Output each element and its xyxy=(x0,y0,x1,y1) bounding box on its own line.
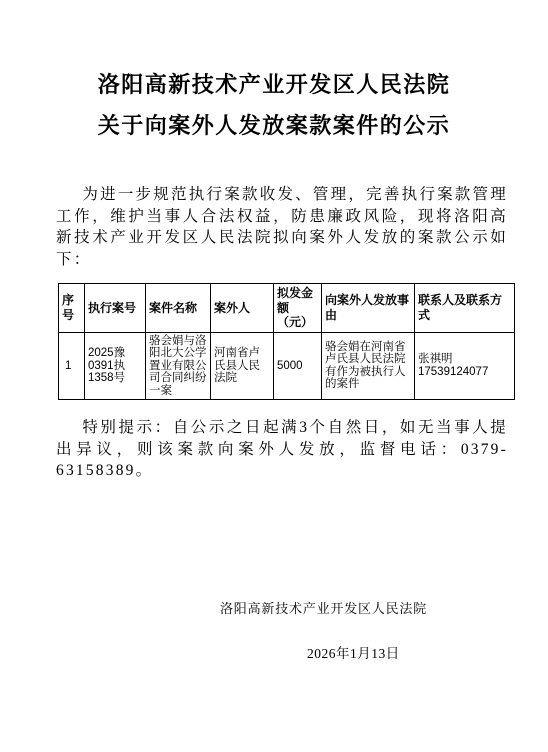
header-case-name: 案件名称 xyxy=(146,284,211,333)
table-header-row: 序号 执行案号 案件名称 案外人 拟发金额（元） 向案外人发放事由 联系人及联系… xyxy=(59,284,515,333)
header-contact: 联系人及联系方式 xyxy=(415,284,515,333)
document-title-line2: 关于向案外人发放案款案件的公示 xyxy=(0,112,548,140)
cell-reason: 骆会娟在河南省卢氏县人民法院有作为被执行人的案件 xyxy=(322,332,415,400)
header-seq: 序号 xyxy=(59,284,85,333)
contact-phone: 17539124077 xyxy=(418,366,511,379)
header-outsider: 案外人 xyxy=(211,284,274,333)
document-page: 洛阳高新技术产业开发区人民法院 关于向案外人发放案款案件的公示 为进一步规范执行… xyxy=(0,0,548,752)
document-title-line1: 洛阳高新技术产业开发区人民法院 xyxy=(0,0,548,99)
cell-case-name: 骆会娟与洛阳北大公学置业有限公司合同纠纷一案 xyxy=(146,332,211,400)
special-notice-paragraph: 特别提示：自公示之日起满3个自然日，如无当事人提出异议，则该案款向案外人发放，监… xyxy=(56,417,508,482)
signature-date: 2026年1月13日 xyxy=(307,645,548,663)
contact-name: 张祺明 xyxy=(418,353,511,366)
header-case-no: 执行案号 xyxy=(85,284,146,333)
case-distribution-table: 序号 执行案号 案件名称 案外人 拟发金额（元） 向案外人发放事由 联系人及联系… xyxy=(58,283,515,400)
intro-paragraph: 为进一步规范执行案款收发、管理，完善执行案款管理工作，维护当事人合法权益，防患廉… xyxy=(56,184,508,270)
cell-seq: 1 xyxy=(59,332,85,400)
header-amount: 拟发金额（元） xyxy=(274,284,322,333)
cell-contact: 张祺明 17539124077 xyxy=(415,332,515,400)
header-reason: 向案外人发放事由 xyxy=(322,284,415,333)
table-row: 1 2025豫0391执1358号 骆会娟与洛阳北大公学置业有限公司合同纠纷一案… xyxy=(59,332,515,400)
signature-court-name: 洛阳高新技术产业开发区人民法院 xyxy=(220,600,548,618)
cell-case-no: 2025豫0391执1358号 xyxy=(85,332,146,400)
cell-outsider: 河南省卢氏县人民法院 xyxy=(211,332,274,400)
cell-amount: 5000 xyxy=(274,332,322,400)
